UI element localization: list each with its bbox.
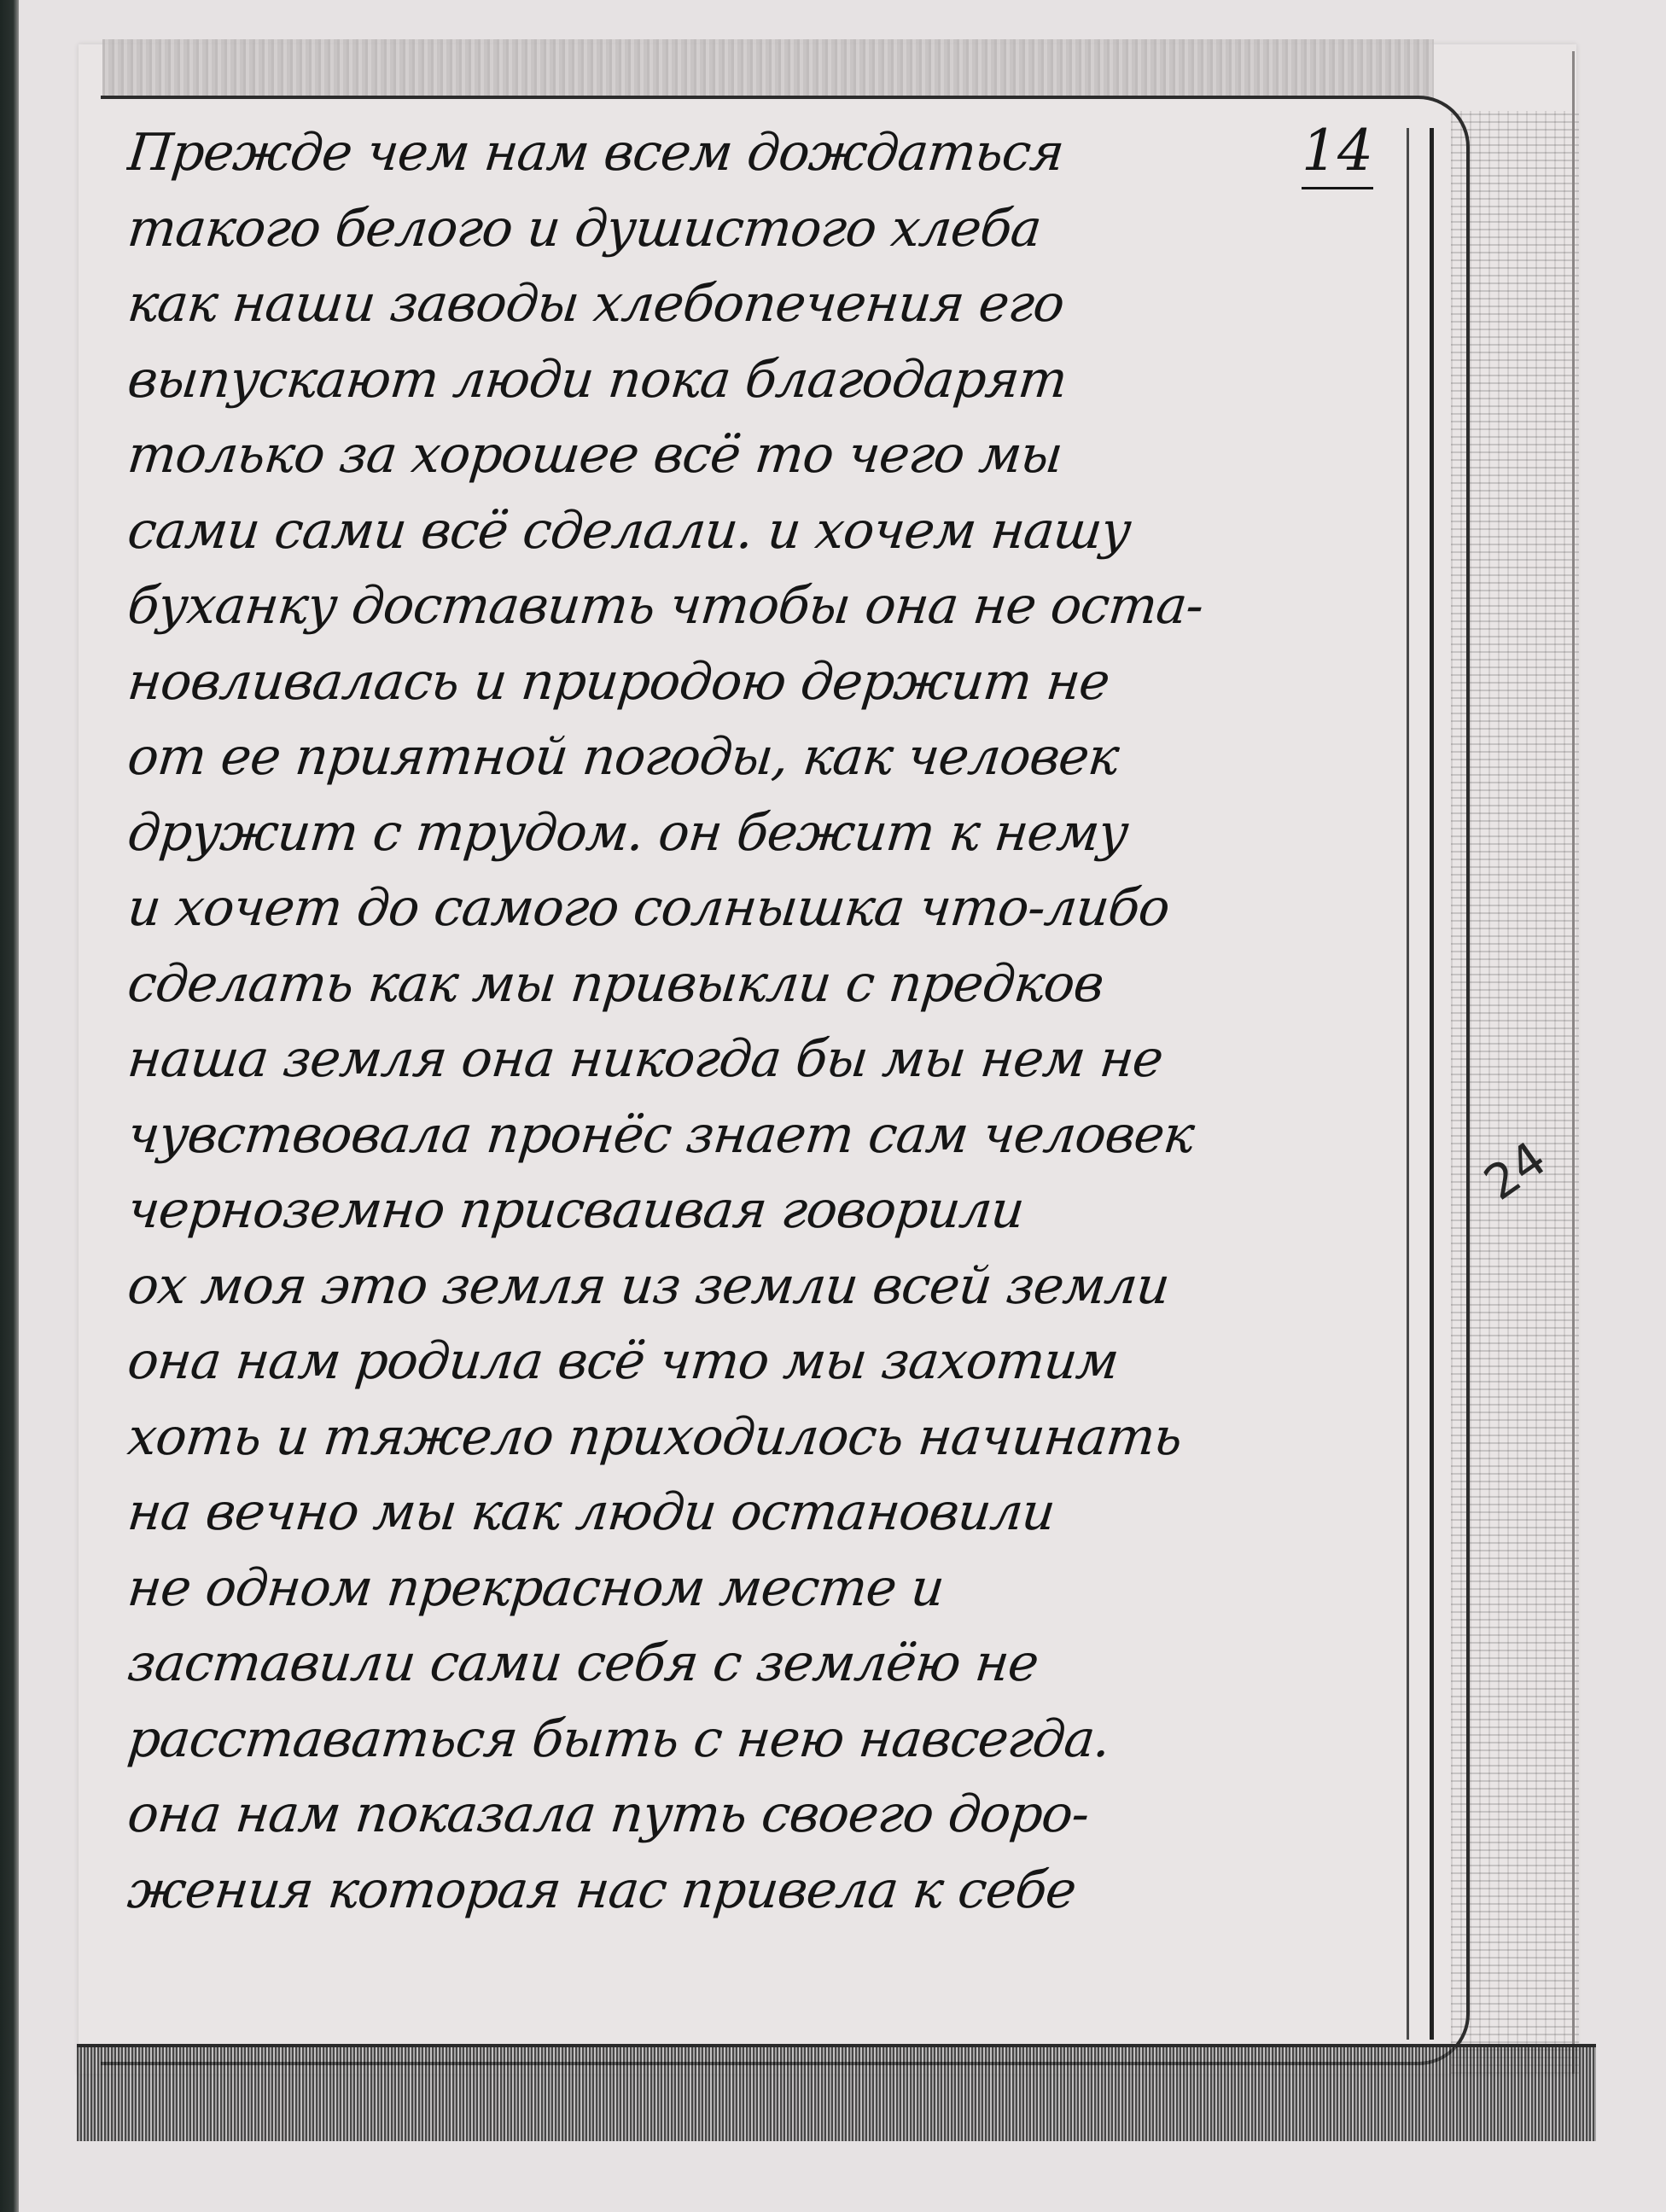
left-dark-strip <box>0 0 19 2212</box>
text-line: такого белого и душистого хлеба <box>124 191 1403 267</box>
text-line: и хочет до самого солнышка что-либо <box>124 870 1403 946</box>
text-line: чувствовала пронёс знает сам человек <box>124 1097 1403 1173</box>
page-edge-line <box>1572 51 1575 2074</box>
right-edge-speckle <box>1451 111 1579 2074</box>
text-line: сами сами всё сделали. и хочем нашу <box>124 493 1403 569</box>
text-line: буханку доставить чтобы она не оста- <box>124 568 1403 644</box>
bottom-shadow-band <box>77 2044 1596 2141</box>
text-line: заставили сами себя с землёю не <box>124 1626 1403 1702</box>
text-line: на вечно мы как люди остановили <box>124 1475 1403 1551</box>
notebook-binding-lines <box>1407 128 1434 2040</box>
text-line: от ее приятной погоды, как человек <box>124 719 1403 795</box>
text-line: она нам родила всё что мы захотим <box>124 1324 1403 1400</box>
text-line: не одном прекрасном месте и <box>124 1551 1403 1627</box>
text-line: только за хорошее всё то чего мы <box>124 417 1403 493</box>
text-line: новливалась и природою держит не <box>124 644 1403 720</box>
text-line: сделать как мы привыкли с предков <box>124 946 1403 1022</box>
top-shadow-band <box>102 39 1434 99</box>
text-line: расставаться быть с нею навсегда. <box>124 1702 1403 1778</box>
text-line: она нам показала путь своего дорo- <box>124 1777 1403 1853</box>
handwritten-text: Прежде чем нам всем дождаться такого бел… <box>128 115 1400 1928</box>
text-line: как наши заводы хлебопечения его <box>124 266 1403 342</box>
text-line: жения которая нас привела к себе <box>124 1853 1403 1929</box>
text-line: наша земля она никогда бы мы нем не <box>124 1022 1403 1097</box>
text-line: выпускают люди пока благодарят <box>124 342 1403 418</box>
text-line: черноземно присваивая говорили <box>124 1173 1403 1249</box>
text-line: дружит с трудом. он бежит к нему <box>124 795 1403 871</box>
text-line: ох моя это земля из земли всей земли <box>124 1249 1403 1324</box>
text-line: хоть и тяжело приходилось начинать <box>124 1400 1403 1476</box>
text-line: Прежде чем нам всем дождаться <box>124 115 1292 191</box>
